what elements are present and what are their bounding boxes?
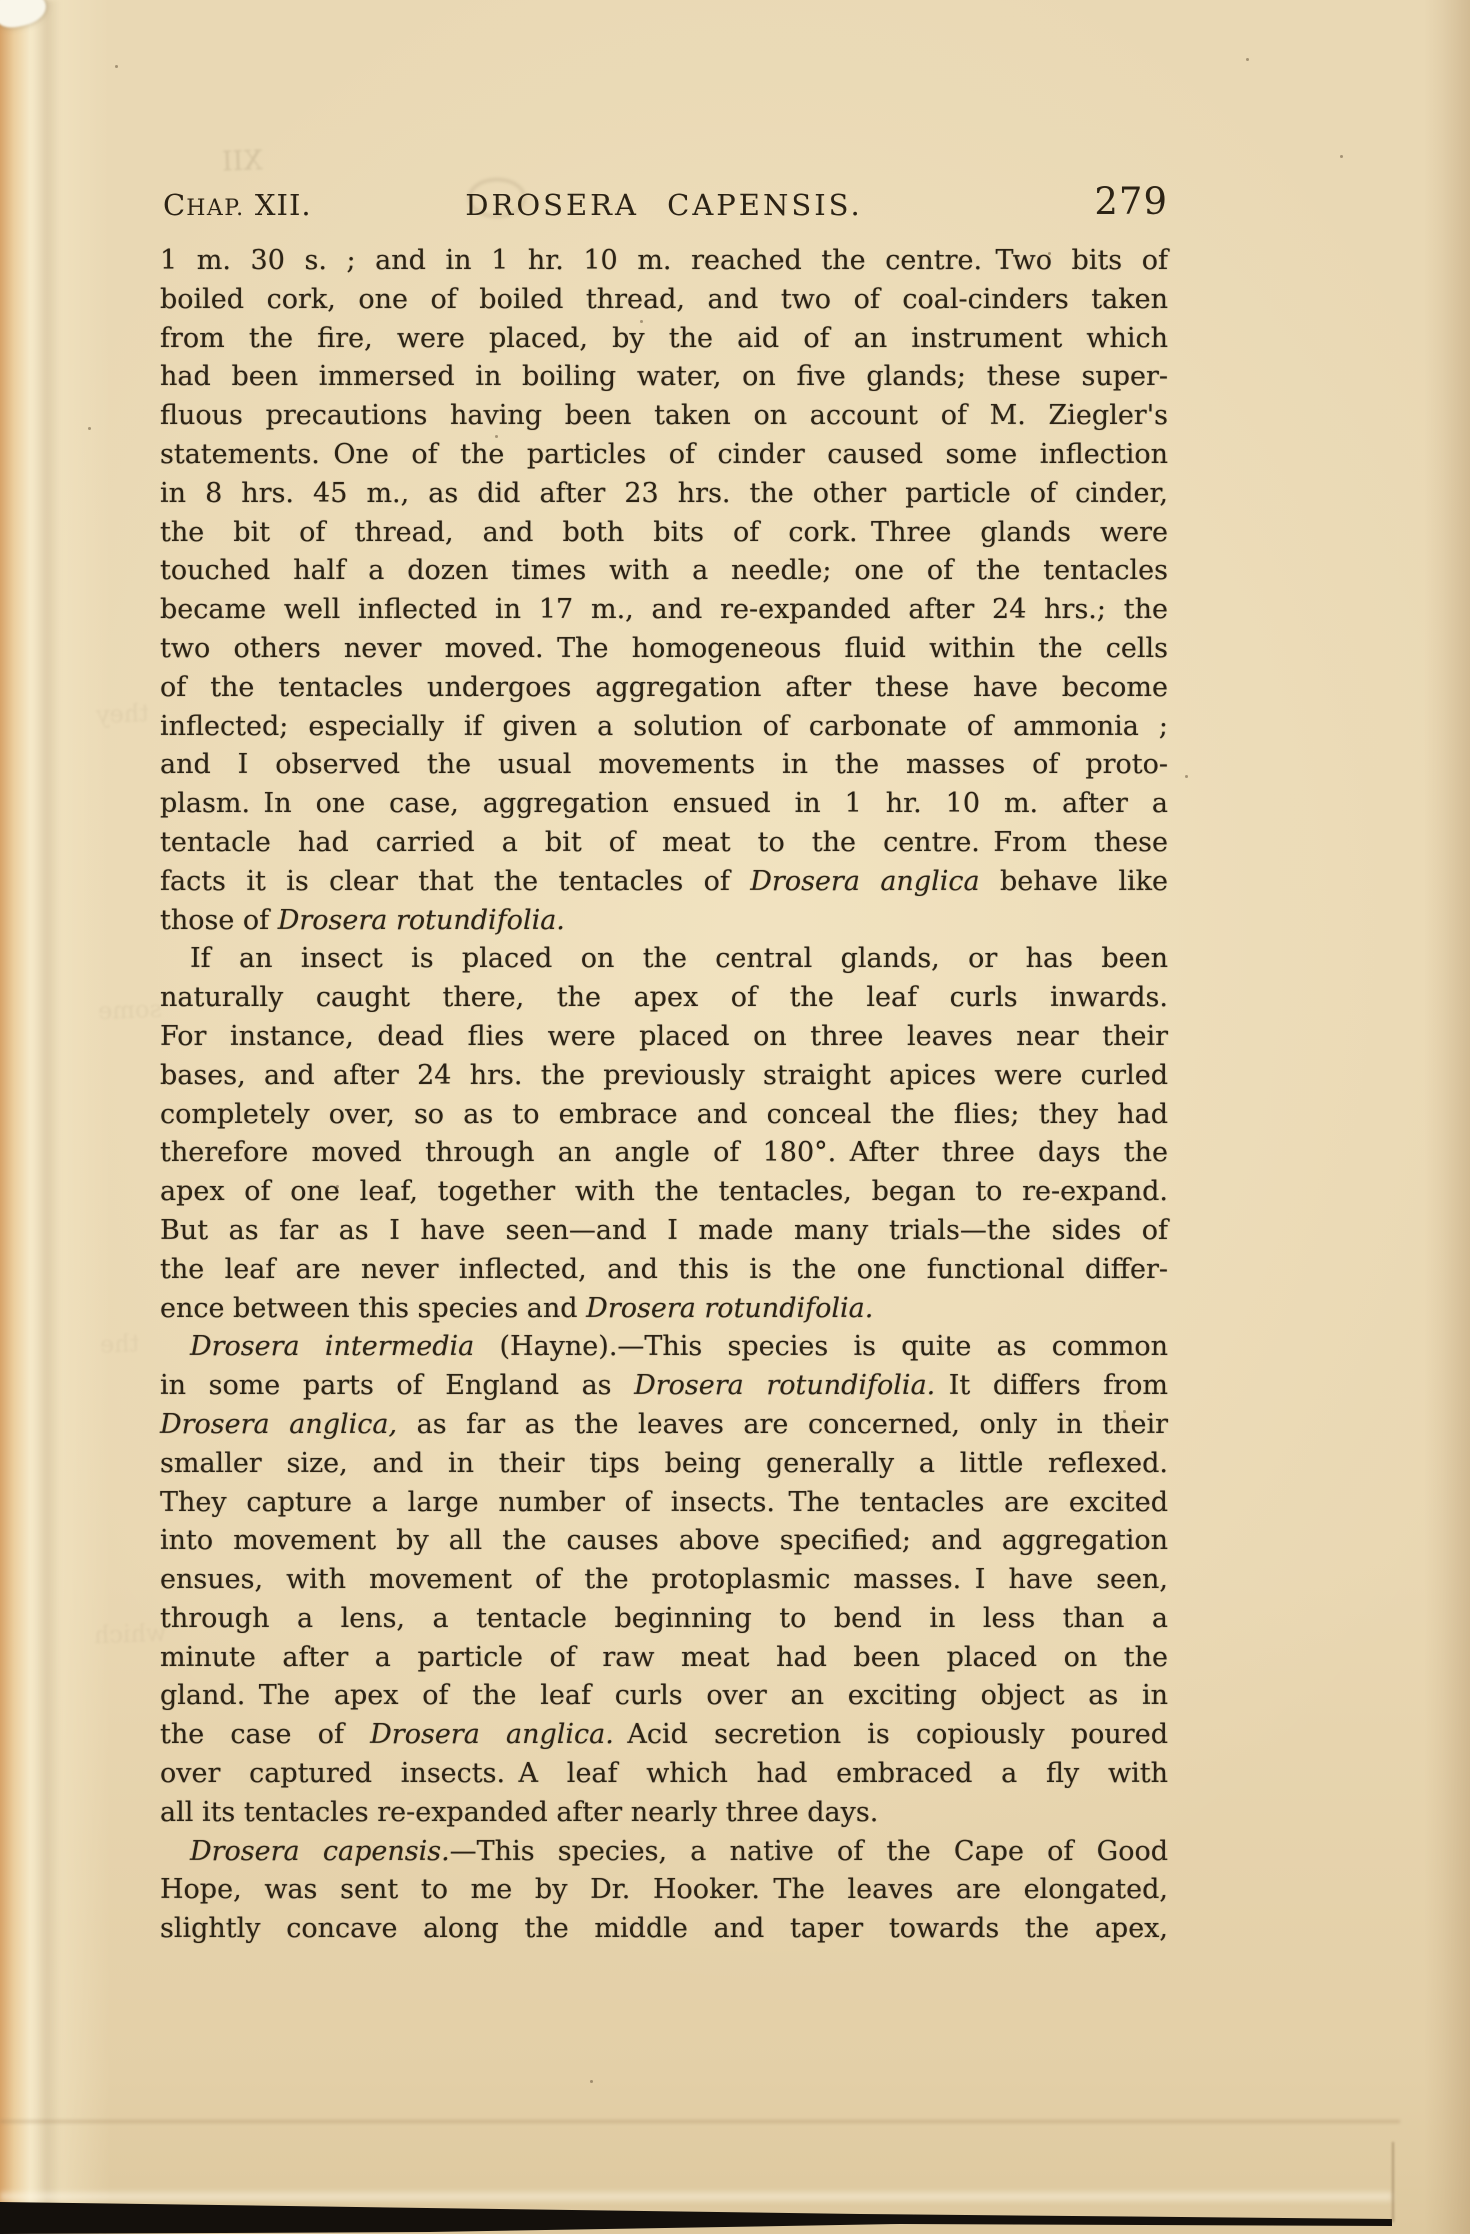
text-line: If an insect is placed on the central gl… bbox=[160, 940, 1168, 979]
species-name-italic: Drosera capensis. bbox=[190, 1836, 450, 1867]
show-through-ghost-text: which bbox=[94, 1619, 168, 1650]
text-segment: But as far as I have seen—and I made man… bbox=[160, 1215, 1168, 1246]
running-title: DROSERA CAPENSIS. bbox=[160, 188, 1168, 222]
text-line: slightly concave along the middle and ta… bbox=[160, 1910, 1168, 1949]
page-corner-tear bbox=[0, 0, 49, 31]
text-line: the bit of thread, and both bits of cork… bbox=[160, 514, 1168, 553]
text-segment: over captured insects. A leaf which had … bbox=[160, 1758, 1168, 1789]
text-segment: touched half a dozen times with a needle… bbox=[160, 555, 1168, 586]
paper-speck bbox=[115, 65, 118, 68]
text-line: had been immersed in boiling water, on f… bbox=[160, 358, 1168, 397]
text-segment: (Hayne).—This species is quite as common bbox=[474, 1331, 1168, 1362]
text-line: Drosera intermedia (Hayne).—This species… bbox=[160, 1328, 1168, 1367]
text-line: in some parts of England as Drosera rotu… bbox=[160, 1367, 1168, 1406]
species-name-italic: Drosera intermedia bbox=[190, 1331, 474, 1362]
show-through-ghost-text: they bbox=[96, 699, 150, 729]
text-segment: from the fire, were placed, by the aid o… bbox=[160, 323, 1168, 354]
text-line: touched half a dozen times with a needle… bbox=[160, 552, 1168, 591]
text-line: But as far as I have seen—and I made man… bbox=[160, 1212, 1168, 1251]
text-line: into movement by all the causes above sp… bbox=[160, 1522, 1168, 1561]
text-segment: as far as the leaves are concerned, only… bbox=[397, 1409, 1168, 1440]
bottom-right-page-edge bbox=[1392, 2142, 1394, 2222]
text-line: facts it is clear that the tentacles of … bbox=[160, 863, 1168, 902]
text-line: For instance, dead flies were placed on … bbox=[160, 1018, 1168, 1057]
paper-speck bbox=[1340, 155, 1343, 158]
text-line: completely over, so as to embrace and co… bbox=[160, 1096, 1168, 1135]
species-name-italic: Drosera anglica, bbox=[160, 1409, 397, 1440]
text-line: boiled cork, one of boiled thread, and t… bbox=[160, 281, 1168, 320]
text-segment: For instance, dead flies were placed on … bbox=[160, 1021, 1168, 1052]
bottom-crease-line bbox=[0, 2120, 1400, 2123]
text-segment: It differs from bbox=[935, 1370, 1168, 1401]
text-line: in 8 hrs. 45 m., as did after 23 hrs. th… bbox=[160, 475, 1168, 514]
paper-speck bbox=[88, 427, 91, 430]
text-segment: naturally caught there, the apex of the … bbox=[160, 982, 1168, 1013]
text-line: therefore moved through an angle of 180°… bbox=[160, 1134, 1168, 1173]
text-line: apex of one leaf, together with the tent… bbox=[160, 1173, 1168, 1212]
text-segment: became well inflected in 17 m., and re-e… bbox=[160, 594, 1168, 625]
page-number: 279 bbox=[1094, 180, 1168, 223]
text-segment: statements. One of the particles of cind… bbox=[160, 439, 1168, 470]
text-segment: apex of one leaf, together with the tent… bbox=[160, 1176, 1168, 1207]
text-segment: through a lens, a tentacle beginning to … bbox=[160, 1603, 1168, 1634]
species-name-italic: Drosera rotundifolia. bbox=[278, 905, 565, 936]
text-segment: behave like bbox=[980, 866, 1168, 897]
text-segment: the case of bbox=[160, 1719, 370, 1750]
species-name-italic: Drosera rotundifolia. bbox=[634, 1370, 935, 1401]
text-segment: therefore moved through an angle of 180°… bbox=[160, 1137, 1168, 1168]
text-line: and I observed the usual movements in th… bbox=[160, 746, 1168, 785]
show-through-ghost-text: XII bbox=[221, 145, 263, 177]
text-line: ensues, with movement of the protoplasmi… bbox=[160, 1561, 1168, 1600]
text-line: the leaf are never inflected, and this i… bbox=[160, 1251, 1168, 1290]
text-segment: in some parts of England as bbox=[160, 1370, 634, 1401]
text-line: Hope, was sent to me by Dr. Hooker. The … bbox=[160, 1871, 1168, 1910]
text-line: smaller size, and in their tips being ge… bbox=[160, 1445, 1168, 1484]
text-line: Drosera anglica, as far as the leaves ar… bbox=[160, 1406, 1168, 1445]
text-segment: those of bbox=[160, 905, 278, 936]
text-segment: boiled cork, one of boiled thread, and t… bbox=[160, 284, 1168, 315]
text-line: two others never moved. The homogeneous … bbox=[160, 630, 1168, 669]
text-line: the case of Drosera anglica. Acid secret… bbox=[160, 1716, 1168, 1755]
text-segment: of the tentacles undergoes aggregation a… bbox=[160, 672, 1168, 703]
text-segment: plasm. In one case, aggregation ensued i… bbox=[160, 788, 1168, 819]
page-left-fold-shadow bbox=[34, 0, 60, 2234]
text-segment: ence between this species and bbox=[160, 1293, 586, 1324]
species-name-italic: Drosera anglica bbox=[750, 866, 979, 897]
paper-speck bbox=[590, 2080, 593, 2083]
text-segment: into movement by all the causes above sp… bbox=[160, 1525, 1168, 1556]
text-segment: all its tentacles re-expanded after near… bbox=[160, 1797, 878, 1828]
text-segment: and I observed the usual movements in th… bbox=[160, 749, 1168, 780]
text-segment: bases, and after 24 hrs. the previously … bbox=[160, 1060, 1168, 1091]
show-through-ghost-text: the bbox=[100, 1329, 140, 1358]
text-line: became well inflected in 17 m., and re-e… bbox=[160, 591, 1168, 630]
text-line: gland. The apex of the leaf curls over a… bbox=[160, 1677, 1168, 1716]
show-through-ghost-text: some bbox=[98, 995, 163, 1025]
text-segment: Acid secretion is copiously poured bbox=[614, 1719, 1168, 1750]
text-line: inflected; especially if given a solutio… bbox=[160, 708, 1168, 747]
text-segment: smaller size, and in their tips being ge… bbox=[160, 1448, 1168, 1479]
paper-speck bbox=[1246, 58, 1249, 61]
text-line: They capture a large number of insects. … bbox=[160, 1484, 1168, 1523]
text-segment: completely over, so as to embrace and co… bbox=[160, 1099, 1168, 1130]
text-segment: If an insect is placed on the central gl… bbox=[190, 943, 1168, 974]
text-segment: Hope, was sent to me by Dr. Hooker. The … bbox=[160, 1874, 1168, 1905]
paper-speck bbox=[1185, 775, 1188, 778]
text-line: fluous precautions having been taken on … bbox=[160, 397, 1168, 436]
text-line: bases, and after 24 hrs. the previously … bbox=[160, 1057, 1168, 1096]
text-line: 1 m. 30 s. ; and in 1 hr. 10 m. reached … bbox=[160, 242, 1168, 281]
text-line: all its tentacles re-expanded after near… bbox=[160, 1794, 1168, 1833]
text-line: tentacle had carried a bit of meat to th… bbox=[160, 824, 1168, 863]
page-left-edge bbox=[0, 0, 110, 2234]
text-segment: 1 m. 30 s. ; and in 1 hr. 10 m. reached … bbox=[160, 245, 1168, 276]
page-right-shade bbox=[1424, 0, 1470, 2234]
text-segment: —This species, a native of the Cape of G… bbox=[450, 1836, 1168, 1867]
species-name-italic: Drosera rotundifolia. bbox=[586, 1293, 873, 1324]
text-segment: minute after a particle of raw meat had … bbox=[160, 1642, 1168, 1673]
text-line: over captured insects. A leaf which had … bbox=[160, 1755, 1168, 1794]
text-segment: in 8 hrs. 45 m., as did after 23 hrs. th… bbox=[160, 478, 1168, 509]
text-segment: fluous precautions having been taken on … bbox=[160, 400, 1168, 431]
text-line: those of Drosera rotundifolia. bbox=[160, 902, 1168, 941]
text-line: minute after a particle of raw meat had … bbox=[160, 1639, 1168, 1678]
text-segment: the bit of thread, and both bits of cork… bbox=[160, 517, 1168, 548]
text-line: naturally caught there, the apex of the … bbox=[160, 979, 1168, 1018]
bottom-curl-highlight bbox=[0, 2192, 1392, 2201]
text-line: plasm. In one case, aggregation ensued i… bbox=[160, 785, 1168, 824]
text-line: Drosera capensis.—This species, a native… bbox=[160, 1833, 1168, 1872]
book-page-scan: XIItheysomethewhich CHAP. XII. DROSERA C… bbox=[0, 0, 1470, 2234]
text-segment: inflected; especially if given a solutio… bbox=[160, 711, 1168, 742]
text-segment: tentacle had carried a bit of meat to th… bbox=[160, 827, 1168, 858]
running-header: CHAP. XII. DROSERA CAPENSIS. 279 bbox=[160, 182, 1168, 230]
text-line: from the fire, were placed, by the aid o… bbox=[160, 320, 1168, 359]
text-line: of the tentacles undergoes aggregation a… bbox=[160, 669, 1168, 708]
text-line: statements. One of the particles of cind… bbox=[160, 436, 1168, 475]
text-segment: facts it is clear that the tentacles of bbox=[160, 866, 750, 897]
text-segment: slightly concave along the middle and ta… bbox=[160, 1913, 1168, 1944]
text-segment: gland. The apex of the leaf curls over a… bbox=[160, 1680, 1168, 1711]
text-line: ence between this species and Drosera ro… bbox=[160, 1290, 1168, 1329]
text-segment: had been immersed in boiling water, on f… bbox=[160, 361, 1168, 392]
text-segment: ensues, with movement of the protoplasmi… bbox=[160, 1564, 1168, 1595]
species-name-italic: Drosera anglica. bbox=[370, 1719, 614, 1750]
text-line: through a lens, a tentacle beginning to … bbox=[160, 1600, 1168, 1639]
text-segment: the leaf are never inflected, and this i… bbox=[160, 1254, 1168, 1285]
text-segment: two others never moved. The homogeneous … bbox=[160, 633, 1168, 664]
text-block: 1 m. 30 s. ; and in 1 hr. 10 m. reached … bbox=[160, 242, 1168, 1949]
text-segment: They capture a large number of insects. … bbox=[160, 1487, 1168, 1518]
